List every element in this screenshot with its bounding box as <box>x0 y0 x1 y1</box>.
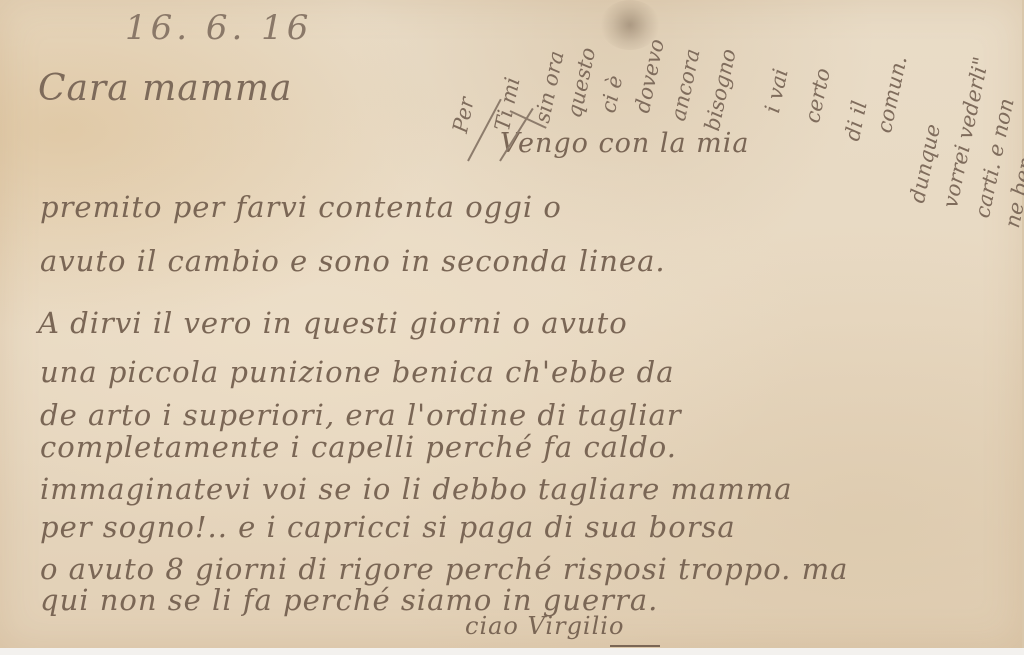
letter-line: avuto il cambio e sono in seconda linea. <box>40 244 666 278</box>
margin-note: Per <box>448 95 479 135</box>
letter-line: A dirvi il vero in questi giorni o avuto <box>38 306 628 340</box>
margin-note: i vai <box>760 66 793 115</box>
margin-note: dunque <box>905 122 945 205</box>
letter-line: Vengo con la mia <box>500 128 750 159</box>
margin-note: certo <box>800 66 835 125</box>
letter-line: premito per farvi contenta oggi o <box>40 190 562 224</box>
margin-note: bisogno <box>700 47 741 133</box>
letter-line: de arto i superiori, era l'ordine di tag… <box>40 398 682 432</box>
margin-note: Ti mi <box>490 75 525 133</box>
letter-line: o avuto 8 giorni di rigore perché rispos… <box>40 552 848 586</box>
margin-note: ancora <box>666 47 705 123</box>
letter-line: immaginatevi voi se io li debbo tagliare… <box>40 472 793 506</box>
letter-line: completamente i capelli perché fa caldo. <box>40 430 677 464</box>
margin-note: ci è <box>596 73 627 115</box>
letter-line: una piccola punizione benica ch'ebbe da <box>40 355 675 389</box>
letter-greeting: Cara mamma <box>38 68 292 109</box>
letter-line: per sogno!.. e i capricci si paga di sua… <box>40 510 736 544</box>
postcard: 16. 6. 16 Cara mamma Vengo con la mia pr… <box>0 0 1024 648</box>
margin-note: di il <box>840 99 872 143</box>
letter-signoff: ciao Virgilio <box>465 612 624 640</box>
signature-underline <box>610 645 660 647</box>
margin-note: comun. <box>872 54 912 135</box>
letter-date: 16. 6. 16 <box>125 8 312 48</box>
